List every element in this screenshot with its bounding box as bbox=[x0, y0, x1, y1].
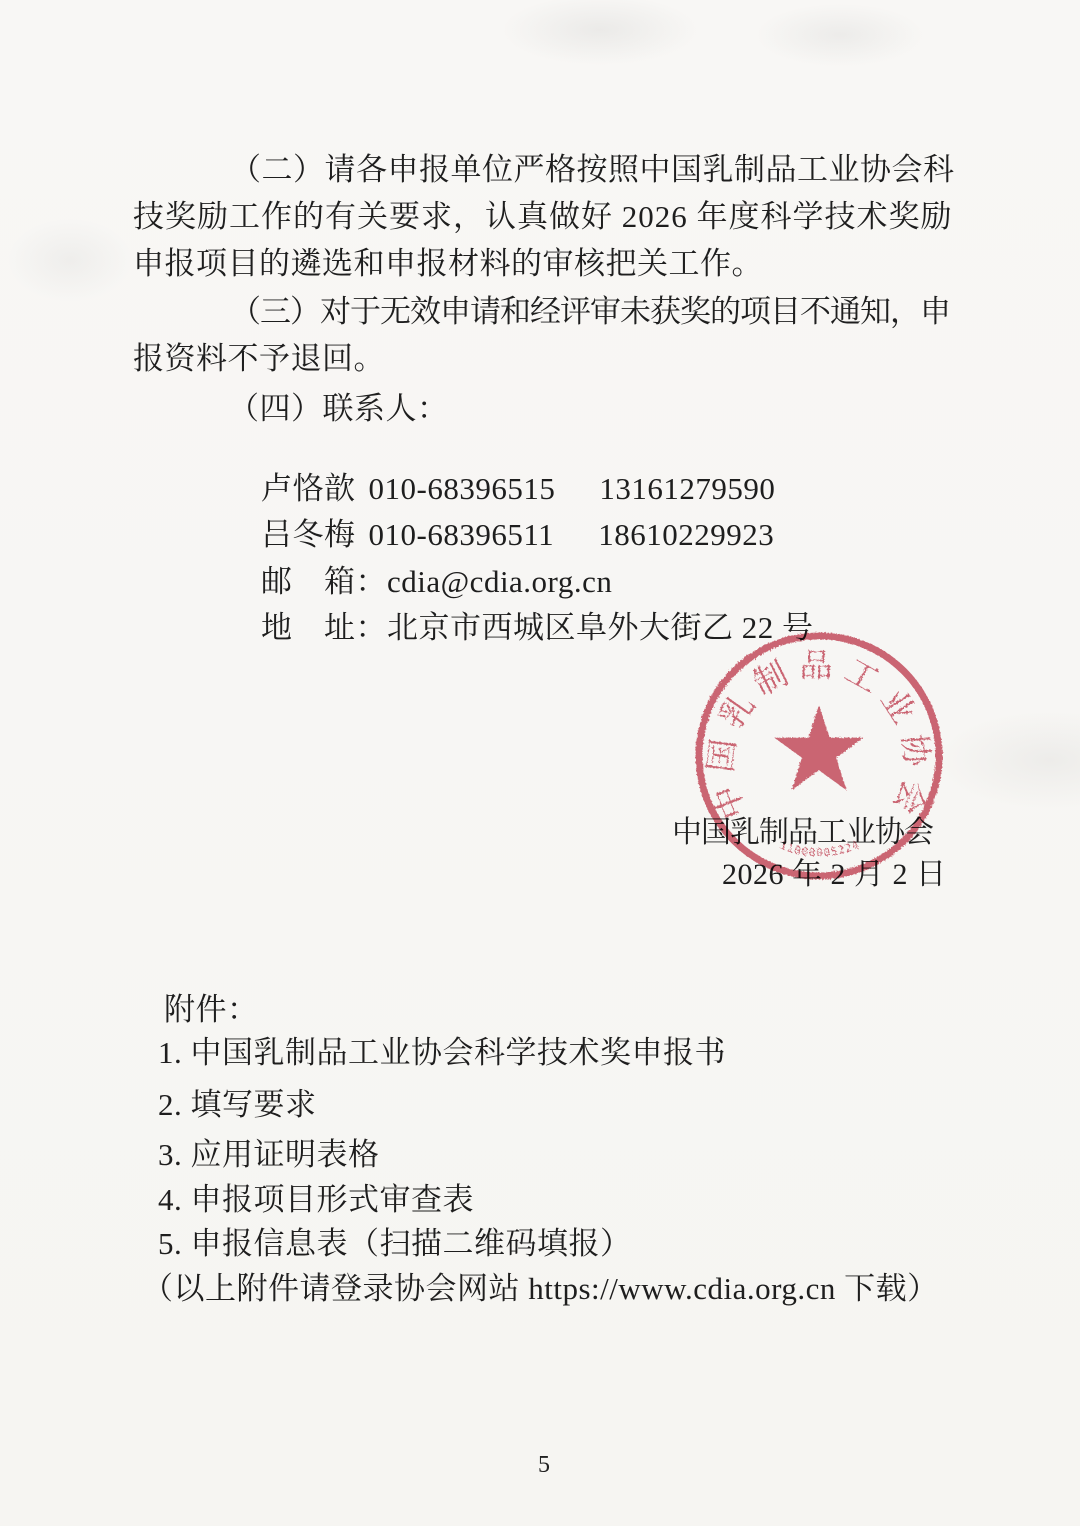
attachments-label: 附件： bbox=[164, 993, 259, 1028]
document-page: （二）请各申报单位严格按照中国乳制品工业协会科 技奖励工作的有关要求，认真做好 … bbox=[0, 0, 1080, 1526]
attachment-item: 5. 申报信息表（扫描二维码填报） bbox=[158, 1227, 632, 1262]
attachments-note: （以上附件请登录协会网站 https://www.cdia.org.cn 下载） bbox=[142, 1272, 939, 1307]
contacts-heading: （四）联系人： bbox=[228, 392, 449, 427]
attachment-item: 2. 填写要求 bbox=[158, 1088, 317, 1123]
address-label: 地 址： bbox=[261, 610, 387, 645]
body-line-3: 申报项目的遴选和申报材料的审核把关工作。 bbox=[133, 247, 763, 282]
attachment-item: 4. 申报项目形式审查表 bbox=[158, 1183, 474, 1218]
body-line-2: 技奖励工作的有关要求，认真做好 2026 年度科学技术奖励 bbox=[133, 200, 953, 235]
body-line-1: （二）请各申报单位严格按照中国乳制品工业协会科 bbox=[230, 153, 955, 188]
page-number: 5 bbox=[538, 1452, 550, 1479]
contact-mobile: 18610229923 bbox=[598, 517, 774, 552]
attachment-item: 1. 中国乳制品工业协会科学技术奖申报书 bbox=[158, 1036, 726, 1071]
attachment-item: 3. 应用证明表格 bbox=[158, 1138, 380, 1173]
body-line-4: （三）对于无效申请和经评审未获奖的项目不通知，申 bbox=[230, 295, 950, 330]
seal-star-icon bbox=[774, 705, 864, 790]
official-seal: 中国乳制品工业协会 1100000522444 bbox=[679, 616, 959, 896]
body-line-5: 报资料不予退回。 bbox=[133, 342, 385, 377]
